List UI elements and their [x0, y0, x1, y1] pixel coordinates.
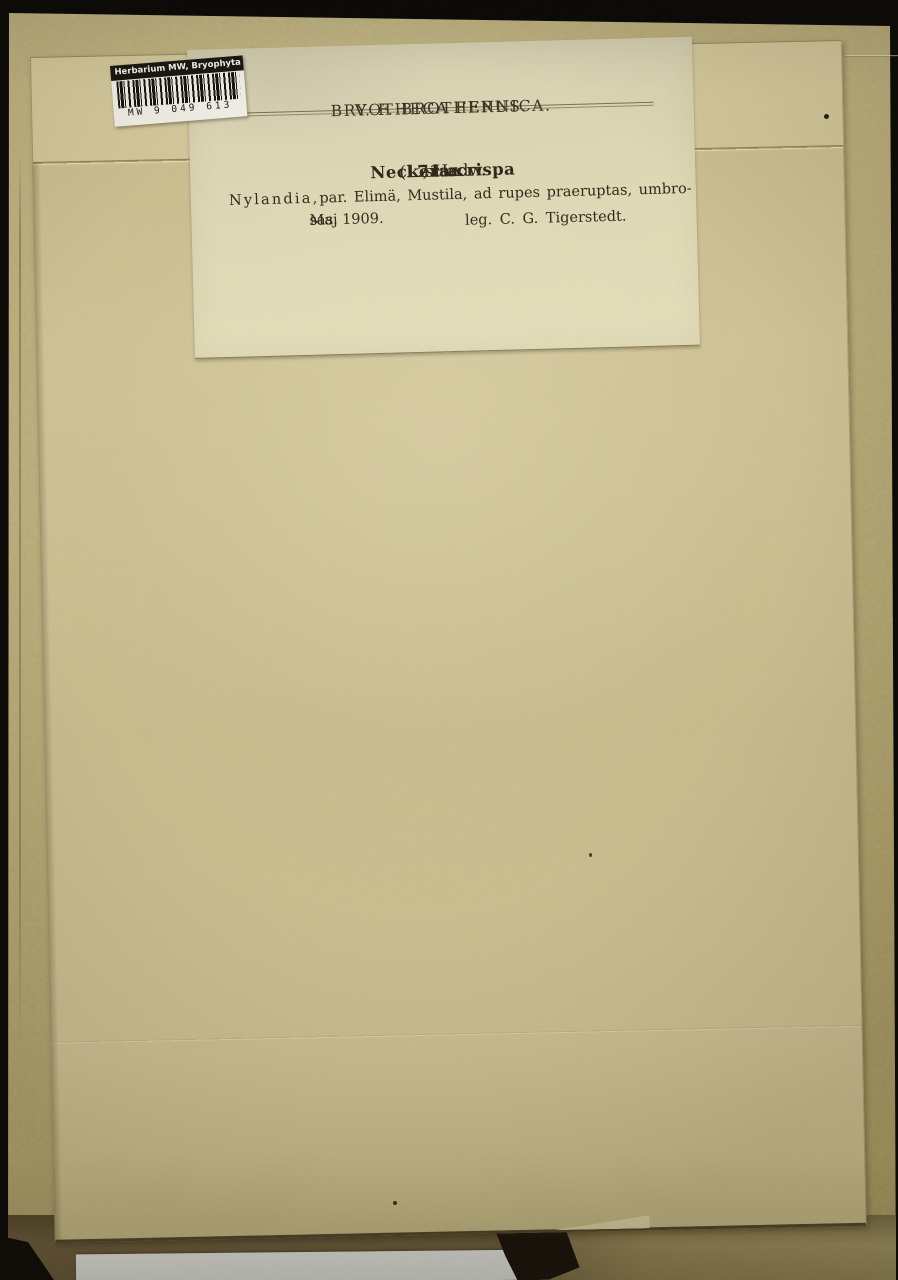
locality-line: Nylandia, par. Elimä, Mustila, ad rupes …	[229, 180, 658, 211]
collector-line: leg. C. G. Tigerstedt.	[191, 207, 626, 238]
packet-corner-fold	[553, 1215, 649, 1230]
locality-details: par. Elimä, Mustila, ad rupes praeruptas…	[319, 179, 692, 209]
cardboard-fold-line	[845, 55, 898, 57]
barcode-label: Herbarium MW, Bryophyta MW 9 049 613	[110, 55, 247, 126]
exsiccata-label: V. F. BROTHERUS. BRYOTHECA FENNICA. 71 a…	[187, 37, 700, 359]
ink-speck	[393, 1201, 397, 1205]
fertility-note: ster.	[424, 161, 461, 181]
ink-speck	[589, 853, 592, 857]
cardboard-crease	[19, 150, 21, 1050]
locality-region: Nylandia,	[229, 191, 320, 209]
herbarium-specimen-scan: V. F. BROTHERUS. BRYOTHECA FENNICA. 71 a…	[0, 0, 898, 1280]
packet-lower-crease	[52, 1025, 862, 1044]
collection-date: Maj 1909.	[309, 209, 384, 231]
note-paper-edge	[76, 1250, 534, 1280]
ink-speck	[824, 114, 829, 119]
taxon-line: 71 a. Neckera crispa (L.) Hedw. ster.	[190, 155, 695, 168]
